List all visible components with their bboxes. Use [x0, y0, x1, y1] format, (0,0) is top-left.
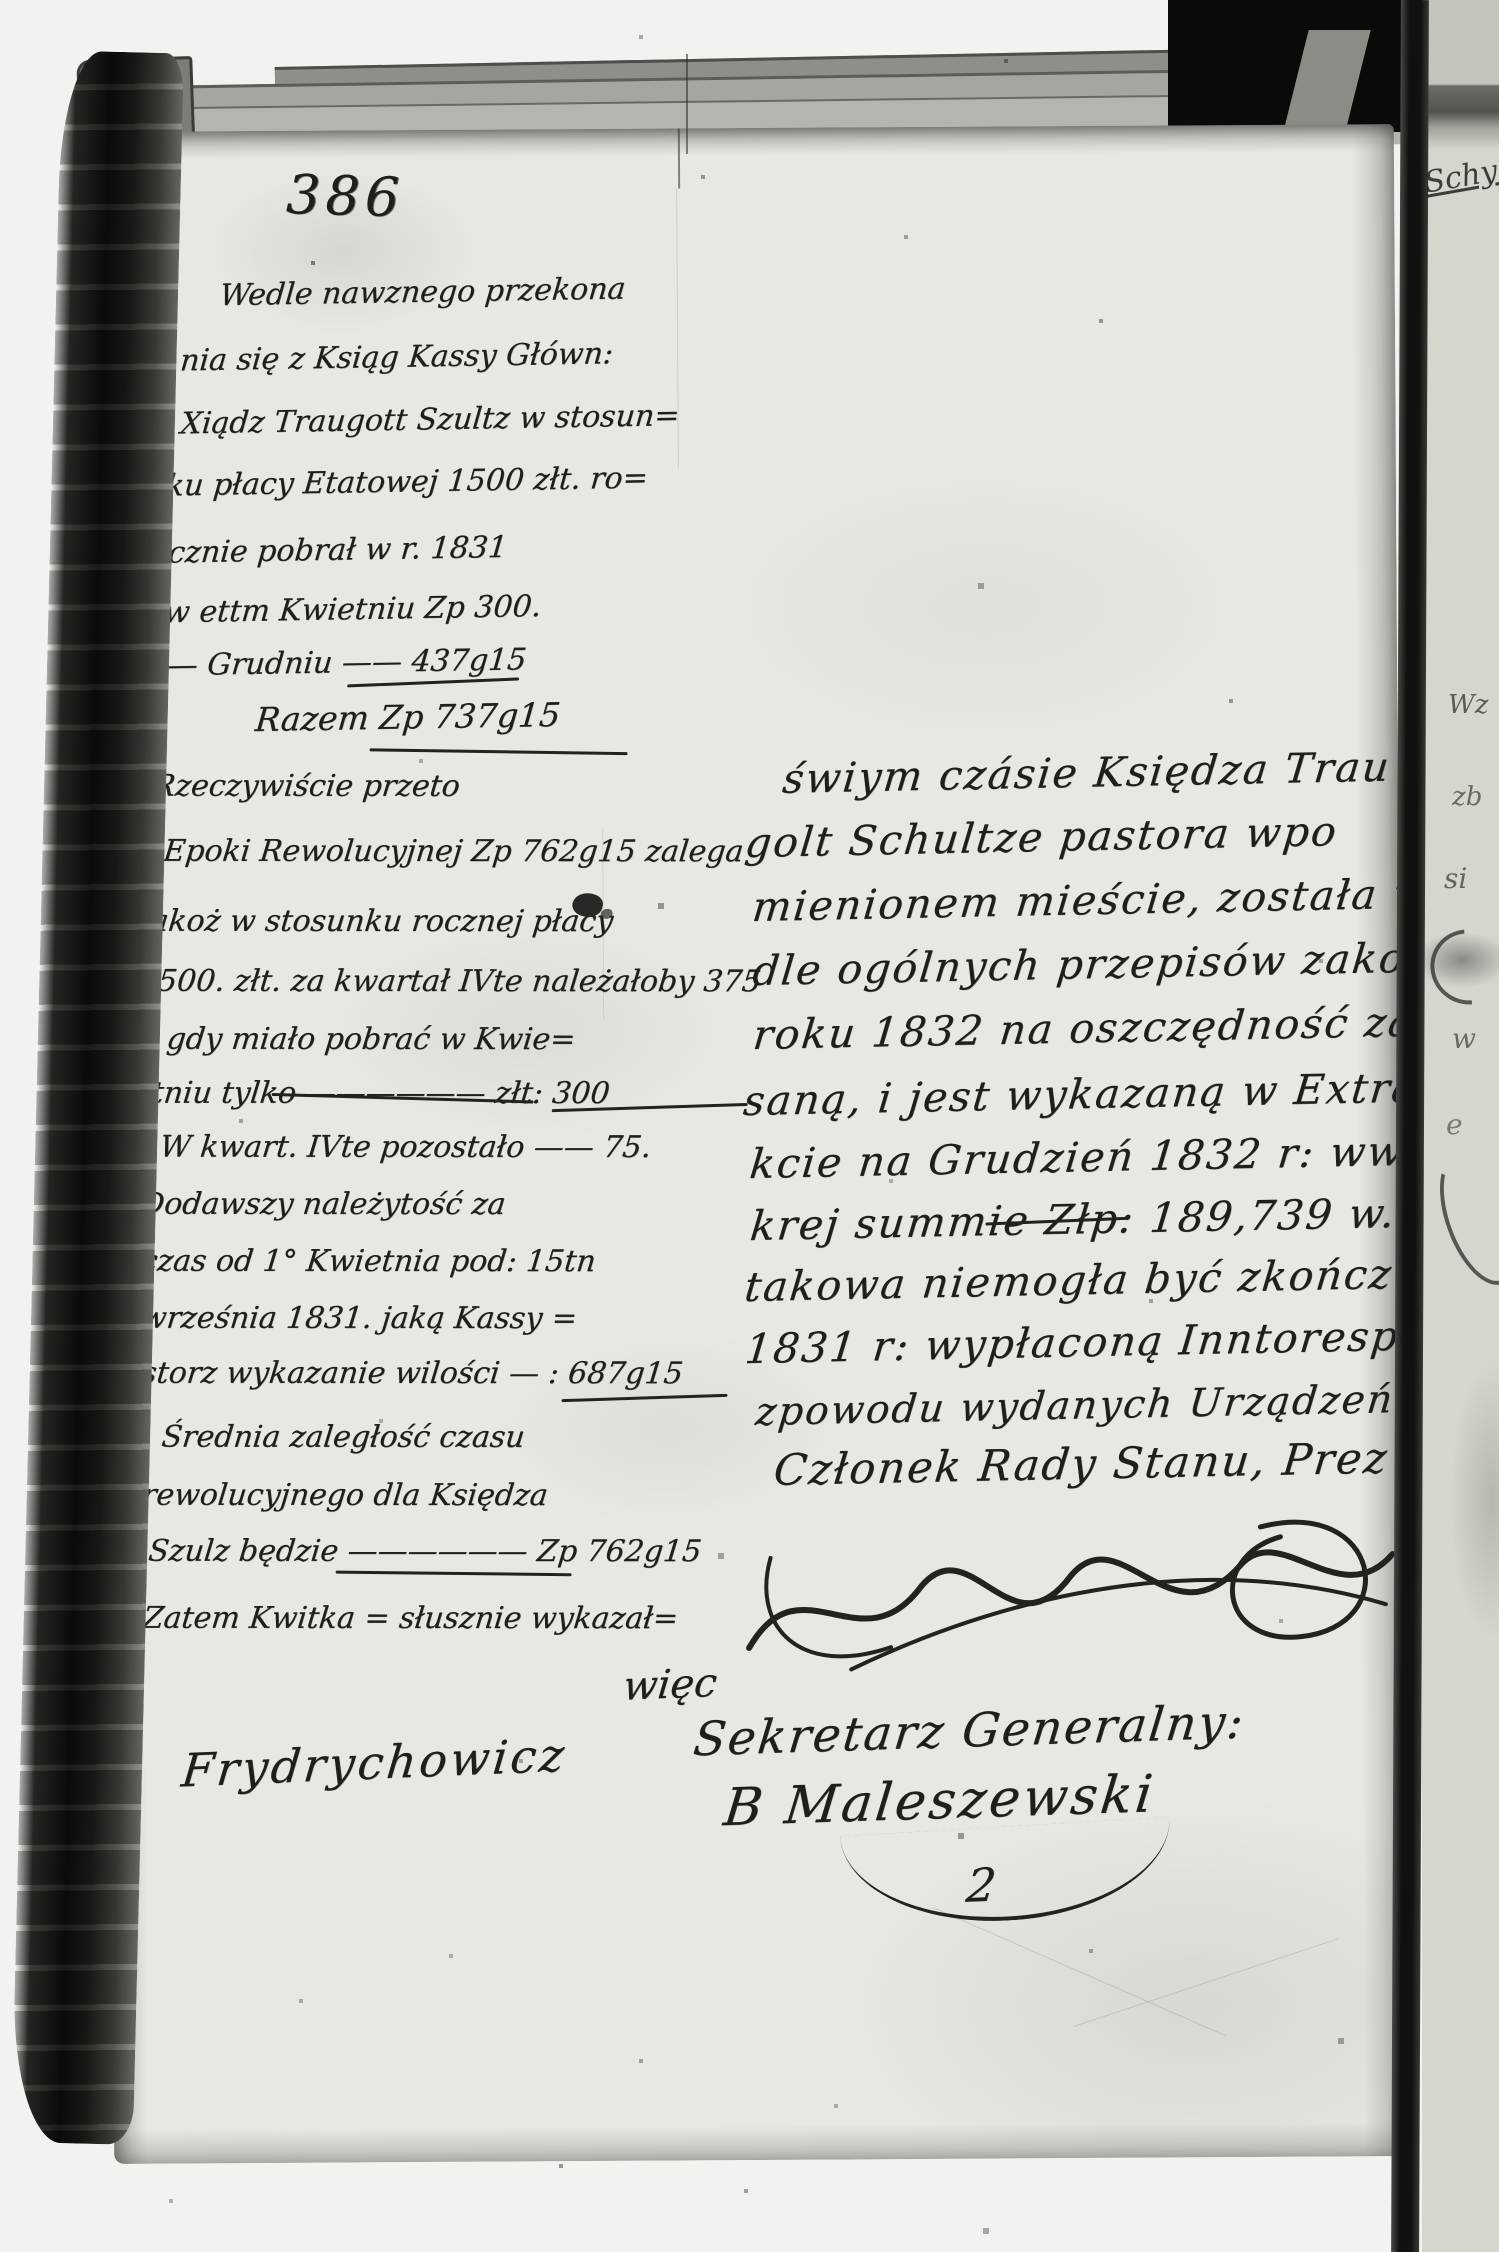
manuscript-line: Dodawszy należytość za	[139, 1187, 508, 1222]
paper-fold-line	[686, 54, 688, 154]
council-member-signature-scrawl	[740, 1494, 1406, 1683]
underline-stroke	[562, 1394, 728, 1402]
manuscript-line: dle ogólnych przepisów zakoń	[750, 933, 1406, 995]
manuscript-line: Razem Zp 737g15	[254, 695, 562, 739]
paper-fold-line	[678, 128, 680, 188]
manuscript-line: Jakoż w stosunku rocznej płacy	[137, 904, 615, 939]
manuscript-line: a w ettm Kwietniu Zp 300.	[135, 589, 543, 631]
manuscript-line: nia się z Ksiąg Kassy Główn:	[179, 336, 615, 378]
manuscript-line: cznie pobrał w r. 1831	[167, 530, 509, 571]
page-number: 386	[285, 163, 405, 229]
scanned-manuscript: 386 Wedle nawznego przekona nia się z Ks…	[0, 0, 1499, 2252]
manuscript-line: W kwart. IVte pozostało —— 75.	[158, 1130, 653, 1165]
manuscript-line: czas od 1° Kwietnia pod: 15tn	[139, 1244, 598, 1279]
manuscript-line: Wedle nawznego przekona	[218, 272, 627, 314]
manuscript-line: Xiądz Traugott Szultz w stosun=	[179, 398, 681, 441]
manuscript-page: 386 Wedle nawznego przekona nia się z Ks…	[102, 124, 1406, 2164]
scan-noise-specks	[0, 0, 2, 2]
manuscript-line: Rzeczywiście przeto	[151, 769, 462, 804]
left-signature: Frydrychowicz	[179, 1728, 569, 1798]
adjacent-page-text-fragment: w	[1452, 1022, 1476, 1055]
underline-stroke	[336, 1571, 572, 1577]
adjacent-page-text-fragment: si	[1444, 862, 1467, 895]
manuscript-line: rewolucyjnego dla Księdza	[140, 1478, 549, 1513]
manuscript-line: saną, i jest wykazaną w Extra	[741, 1064, 1406, 1126]
manuscript-line: kcie na Grudzień 1832 r: ww	[748, 1127, 1407, 1188]
manuscript-line: tniu tylko —————— złt: 300	[150, 1076, 612, 1111]
manuscript-line: Zatem Kwitka = słusznie wykazał=	[141, 1601, 680, 1636]
manuscript-line: mienionem mieście, została w	[750, 869, 1406, 931]
manuscript-line: z Epoki Rewolucyjnej Zp 762g15 zalega	[136, 834, 745, 870]
underline-stroke	[370, 748, 628, 755]
manuscript-line: 6 — Grudniu —— 437g15	[138, 642, 528, 683]
manuscript-line: września 1831. jaką Kassy =	[139, 1301, 579, 1336]
adjacent-page-text-fragment: e	[1446, 1108, 1463, 1141]
manuscript-line: Członek Rady Stanu, Prez	[771, 1434, 1391, 1496]
surface-scratch	[1073, 1938, 1339, 2027]
manuscript-line: a gdy miało pobrać w Kwie=	[137, 1022, 577, 1057]
wiec-word: więc	[621, 1660, 719, 1710]
manuscript-line: zpowodu wydanych Urządzeń	[753, 1377, 1396, 1435]
manuscript-line: Średnia zaległość czasu	[160, 1420, 527, 1455]
signature-flourish-arc	[840, 1817, 1175, 1930]
manuscript-line: storz wykazanie wilości — : 687g15	[140, 1356, 685, 1391]
manuscript-line: roku 1832 na oszczędność zapi	[751, 997, 1406, 1059]
manuscript-line: takowa niemogła być zkończ	[742, 1250, 1395, 1311]
secretary-title: Sekretarz Generalny:	[691, 1695, 1248, 1768]
manuscript-line: golt Schultze pastora wpo	[743, 807, 1341, 867]
surface-scratch	[932, 1907, 1226, 2036]
manuscript-line: Szulz będzie —————— Zp 762g15	[147, 1534, 704, 1570]
adjacent-page-text-fragment: Wz	[1448, 690, 1488, 720]
adjacent-page-text-fragment: zb	[1452, 782, 1482, 812]
manuscript-line: 1500. złt. za kwartał IVte należałoby 37…	[137, 964, 763, 1000]
manuscript-line: 1831 r: wypłaconą Inntorespond	[743, 1310, 1406, 1373]
manuscript-line: ku płacy Etatowej 1500 złt. ro=	[164, 461, 649, 504]
manuscript-line: świym czásie Księdza Trau	[780, 743, 1393, 803]
